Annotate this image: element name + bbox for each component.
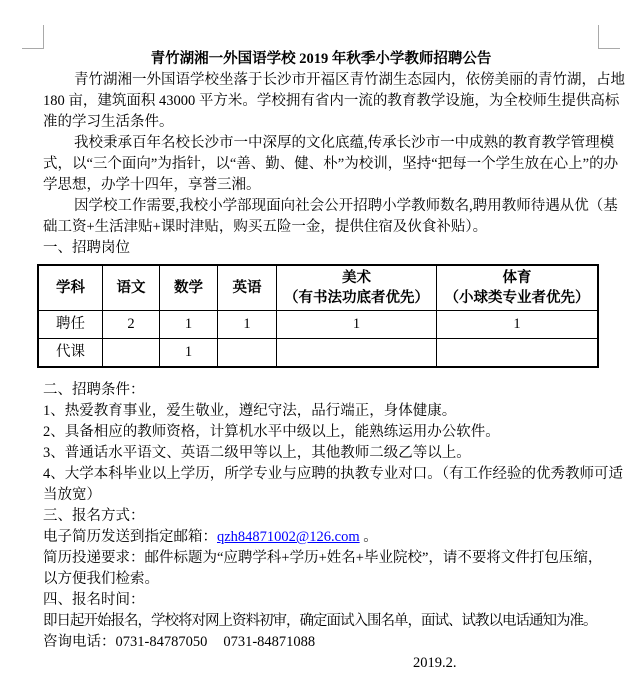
document-body: 青竹湖湘一外国语学校 2019 年秋季小学教师招聘公告 青竹湖湘一外国语学校坐落… [43,49,599,674]
table-cell: 2 [103,311,160,339]
section-heading-apply-time: 四、报名时间： [43,590,599,611]
table-cell: 1 [437,311,599,339]
table-cell [218,339,277,368]
header-label: 学科 [39,278,102,298]
table-cell: 1 [277,311,437,339]
apply-email-prefix: 电子简历发送到指定邮箱： [43,529,217,545]
paragraph-line: 180 亩，建筑面积 43000 平方米。学校拥有省内一流的教育教学设施，为全校… [43,91,599,112]
apply-requirement-line: 简历投递要求：邮件标题为“应聘学科+学历+姓名+毕业院校”，请不要将文件打包压缩… [43,548,599,569]
table-header-cell: 语文 [103,265,160,311]
page-title: 青竹湖湘一外国语学校 2019 年秋季小学教师招聘公告 [43,49,599,70]
paragraph-line: 准的学习生活条件。 [43,112,599,133]
section-heading-positions: 一、招聘岗位 [43,238,599,259]
table-cell: 1 [160,311,218,339]
header-label: 语文 [103,278,159,298]
paragraph-line: 础工资+生活津贴+课时津贴，购买五险一金，提供住宿及伙食补贴）。 [43,217,599,238]
document-date: 2019.2. [43,653,599,674]
paragraph-line: 青竹湖湘一外国语学校坐落于长沙市开福区青竹湖生态园内，依傍美丽的青竹湖，占地 [43,70,599,91]
condition-item: 4、大学本科毕业以上学历，所学专业与应聘的执教专业对口。（有工作经验的优秀教师可… [43,464,599,485]
recruitment-positions-table: 学科 语文 数学 英语 美术 （有书法功底者优先） 体育 （小球类专业者优先） … [37,264,599,368]
table-header-cell: 体育 （小球类专业者优先） [437,265,599,311]
apply-email-line: 电子简历发送到指定邮箱：qzh84871002@126.com 。 [43,527,599,548]
table-row: 代课 1 [38,339,598,368]
table-cell: 1 [218,311,277,339]
table-row: 聘任 2 1 1 1 1 [38,311,598,339]
condition-item-continuation: 当放宽） [43,485,599,506]
phone-label: 咨询电话： [43,634,116,650]
section-heading-conditions: 二、招聘条件： [43,380,599,401]
table-header-cell: 数学 [160,265,218,311]
header-label: 英语 [218,278,276,298]
header-sublabel: （有书法功底者优先） [277,288,436,308]
section-heading-apply-method: 三、报名方式： [43,506,599,527]
phone-number-1: 0731-84787050 [116,634,208,650]
paragraph-line: 我校秉承百年名校长沙市一中深厚的文化底蕴,传承长沙市一中成熟的教育教学管理模 [43,133,599,154]
header-label: 数学 [160,278,217,298]
table-header-cell: 学科 [38,265,103,311]
phone-line: 咨询电话：0731-847870500731-84871088 [43,632,599,653]
apply-email-suffix: 。 [360,529,378,545]
table-cell [277,339,437,368]
table-cell [437,339,599,368]
table-header-cell: 英语 [218,265,277,311]
row-label-cell: 代课 [38,339,103,368]
table-cell [103,339,160,368]
header-label: 美术 [277,268,436,288]
paragraph-line: 式，以“三个面向”为指针，以“善、勤、健、朴”为校训，坚持“把每一个学生放在心上… [43,154,599,175]
text-boundary-mark-top-left [22,25,44,49]
header-label: 体育 [437,268,597,288]
table-header-cell: 美术 （有书法功底者优先） [277,265,437,311]
condition-item: 2、具备相应的教师资格，计算机水平中级以上，能熟练运用办公软件。 [43,422,599,443]
table-cell: 1 [160,339,218,368]
paragraph-line: 因学校工作需要,我校小学部现面向社会公开招聘小学教师数名,聘用教师待遇从优（基 [43,196,599,217]
table-header-row: 学科 语文 数学 英语 美术 （有书法功底者优先） 体育 （小球类专业者优先） [38,265,598,311]
row-label-cell: 聘任 [38,311,103,339]
text-boundary-mark-top-right [598,25,620,49]
condition-item: 3、普通话水平语文、英语二级甲等以上，其他教师二级乙等以上。 [43,443,599,464]
phone-number-2: 0731-84871088 [223,634,315,650]
apply-time-line: 即日起开始报名，学校将对网上资料初审，确定面试入围名单，面试、试教以电话通知为准… [43,611,599,632]
email-link[interactable]: qzh84871002@126.com [217,529,360,545]
paragraph-line: 学思想，办学十四年，享誉三湘。 [43,175,599,196]
document-page: 青竹湖湘一外国语学校 2019 年秋季小学教师招聘公告 青竹湖湘一外国语学校坐落… [0,0,644,692]
apply-requirement-continuation: 以方便我们检索。 [43,569,599,590]
header-sublabel: （小球类专业者优先） [437,288,597,308]
condition-item: 1、热爱教育事业，爱生敬业，遵纪守法，品行端正，身体健康。 [43,401,599,422]
